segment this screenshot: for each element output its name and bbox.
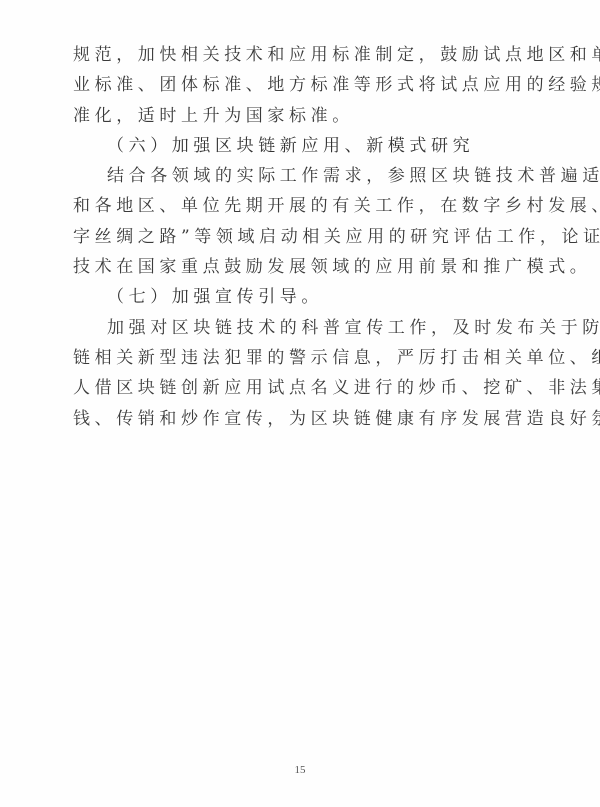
heading-text: （六）加强区块链新应用、新模式研究 (107, 136, 474, 156)
text-line: 结合各领域的实际工作需求，参照区块链技术普遍适用场景 (73, 161, 537, 191)
section-heading-seven: （七）加强宣传引导。 (73, 282, 537, 312)
page-number: 15 (0, 764, 600, 776)
text-line: 业标准、团体标准、地方标准等形式将试点应用的经验规范化标 (73, 70, 537, 100)
text-line: 加强对区块链技术的科普宣传工作，及时发布关于防范区块 (73, 313, 537, 343)
text-line: 链相关新型违法犯罪的警示信息，严厉打击相关单位、组织和个 (73, 343, 537, 373)
text-line: 准化，适时上升为国家标准。 (73, 101, 537, 131)
document-page: 规范，加快相关技术和应用标准制定，鼓励试点地区和单位以企 业标准、团体标准、地方… (0, 0, 600, 807)
document-body: 规范，加快相关技术和应用标准制定，鼓励试点地区和单位以企 业标准、团体标准、地方… (73, 40, 537, 434)
paragraph-publicity: 加强对区块链技术的科普宣传工作，及时发布关于防范区块 链相关新型违法犯罪的警示信… (73, 313, 537, 434)
text-line: 技术在国家重点鼓励发展领域的应用前景和推广模式。 (73, 252, 537, 282)
text-line: 和各地区、单位先期开展的有关工作，在数字乡村发展、共建“数 (73, 191, 537, 221)
paragraph-standards-continuation: 规范，加快相关技术和应用标准制定，鼓励试点地区和单位以企 业标准、团体标准、地方… (73, 40, 537, 131)
paragraph-new-applications: 结合各领域的实际工作需求，参照区块链技术普遍适用场景 和各地区、单位先期开展的有… (73, 161, 537, 282)
text-line: 字丝绸之路”等领域启动相关应用的研究评估工作，论证区块链 (73, 222, 537, 252)
text-line: 规范，加快相关技术和应用标准制定，鼓励试点地区和单位以企 (73, 40, 537, 70)
text-line: 钱、传销和炒作宣传，为区块链健康有序发展营造良好氛围。 (73, 404, 537, 434)
section-heading-six: （六）加强区块链新应用、新模式研究 (73, 131, 537, 161)
text-line: 人借区块链创新应用试点名义进行的炒币、挖矿、非法集资、洗 (73, 373, 537, 403)
heading-text: （七）加强宣传引导。 (107, 287, 323, 307)
